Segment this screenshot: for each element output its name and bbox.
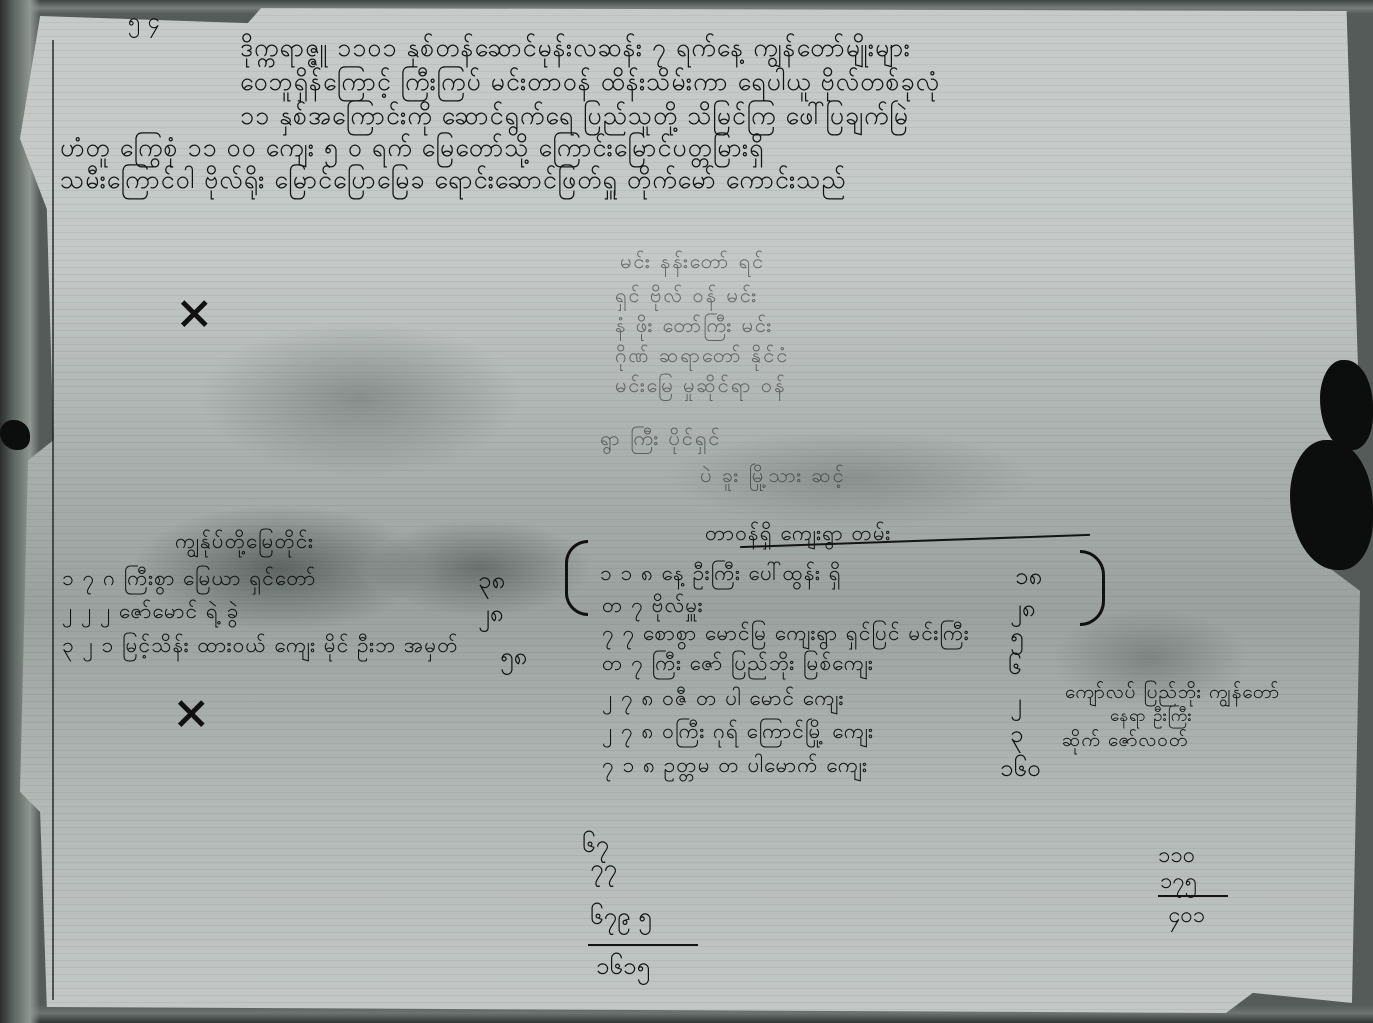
center-sum-total: ၁၆၁၅ xyxy=(596,950,650,986)
right-list-row-3: ၇ ၇ စောစွာ မောင်မြ ကျေးရွာ ရှင်ပြင် မင်း… xyxy=(602,620,970,651)
right-list-row-5: ၂ ၇ ၈ ဝဇီ တ ပါ မောင် ကျေး xyxy=(602,685,844,716)
header-line-2: ဝေဘူရှိန်ကြောင့် ကြီးကြပ် မင်းတာဝန် ထိန်… xyxy=(240,66,940,103)
right-list-row-4: တ ၇ ကြီး ဇော် ပြည်ဘိုး မြစ်ကျေး xyxy=(602,650,874,681)
faded-line-6: ရွာ ကြီး ပိုင်ရှင် xyxy=(600,425,722,455)
left-list-value-2: ၂၈ xyxy=(478,597,504,633)
header-mark: ၅ ၄ xyxy=(128,6,160,39)
faded-line-1: မင်း နန်းတော် ရင် xyxy=(620,248,765,278)
left-list-heading: ကျွန်ုပ်တို့မြေတိုင်း xyxy=(175,528,314,559)
right-list-value-6: ၃ xyxy=(1010,718,1024,754)
right-list-value-7: ၁၆၀ xyxy=(1000,752,1041,788)
faded-line-3: နံ ဖိုး တော်ကြီး မင်း xyxy=(615,312,773,342)
right-list-heading: တာဝန်ရှိ ကျေးရွာ တမ်း xyxy=(705,520,891,551)
right-sum-total: ၄၀၁ xyxy=(1168,900,1205,933)
right-list-value-4: ၆ xyxy=(1008,650,1022,686)
side-note-3: ဆိုက် ဇော်လဝတ် xyxy=(1062,728,1188,756)
side-note-2: နေရာ ဦးကြီး xyxy=(1110,705,1193,730)
right-list-value-1: ၁၈ xyxy=(1015,560,1042,596)
faded-line-4: ဂိုဏ် ဆရာတော် နိုင်ငံ xyxy=(615,342,789,372)
faded-line-5: မင်းမြေ မှုဆိုင်ရာ ဝန် xyxy=(615,372,787,402)
right-list-row-6: ၂ ၇ ၈ ဝကြီး ဂုရ် ကြောင်မြို့ ကျေး xyxy=(602,718,874,749)
header-line-1: ဒိုက္ကရာဇ္ဇူ ၁၁၀၁ နှစ်တန်ဆောင်မုန်းလဆန်း… xyxy=(240,32,911,69)
left-list-row-3: ၃ ၂ ၁ မြင့်သိန်း ထားဝယ် ကျေး မိုင် ဦးဘ အ… xyxy=(62,632,459,663)
right-list-row-7: ၇ ၁ ၈ ဥတ္တမ တ ပါမောက် ကျေး xyxy=(602,752,868,783)
right-sum-rule xyxy=(1158,895,1228,897)
left-list-value-1: ၃၈ xyxy=(478,564,505,600)
left-margin-rule xyxy=(52,40,54,1000)
left-list-value-3: ၅၈ xyxy=(500,640,527,676)
side-note-1: ကျော်လပ် ပြည်ဘိုး ကျွန်တော် xyxy=(1065,680,1280,708)
header-line-5: သမီးကြောင်ဝါ ဗိုလ်ရိုး မြောင်ပြောမြေခ ရေ… xyxy=(60,164,847,201)
left-list-row-2: ၂ ၂ ၂ ဇော်မောင် ရဲ့ ခွဲ xyxy=(62,598,239,629)
center-sum-addend-3: ၆၇၉ ၅ xyxy=(590,900,652,936)
bracket-left xyxy=(565,540,588,616)
faded-line-7: ပဲ ခူး မြို့သား ဆင့် xyxy=(700,462,846,492)
center-sum-rule xyxy=(588,944,698,946)
right-list-row-2: တ ၇ ဗိုလ်မှူး xyxy=(602,592,704,623)
cross-mark-lower: ⨯ xyxy=(172,685,211,739)
faded-line-2: ရှင် ဗိုလ် ဝန် မင်း xyxy=(615,282,758,312)
right-list-row-1: ၁ ၁ ၈ နေ့ ဦးကြီး ပေါ်ထွန်း ရှိ xyxy=(600,560,842,591)
right-list-value-5: ၂ xyxy=(1010,686,1022,722)
center-sum-addend-2: ၇၇ xyxy=(590,852,617,888)
cross-mark-upper: ⨯ xyxy=(175,285,214,339)
left-list-row-1: ၁ ၇ ဂ ကြီးစွာ မြေယာ ရှင်တော် xyxy=(62,565,316,596)
